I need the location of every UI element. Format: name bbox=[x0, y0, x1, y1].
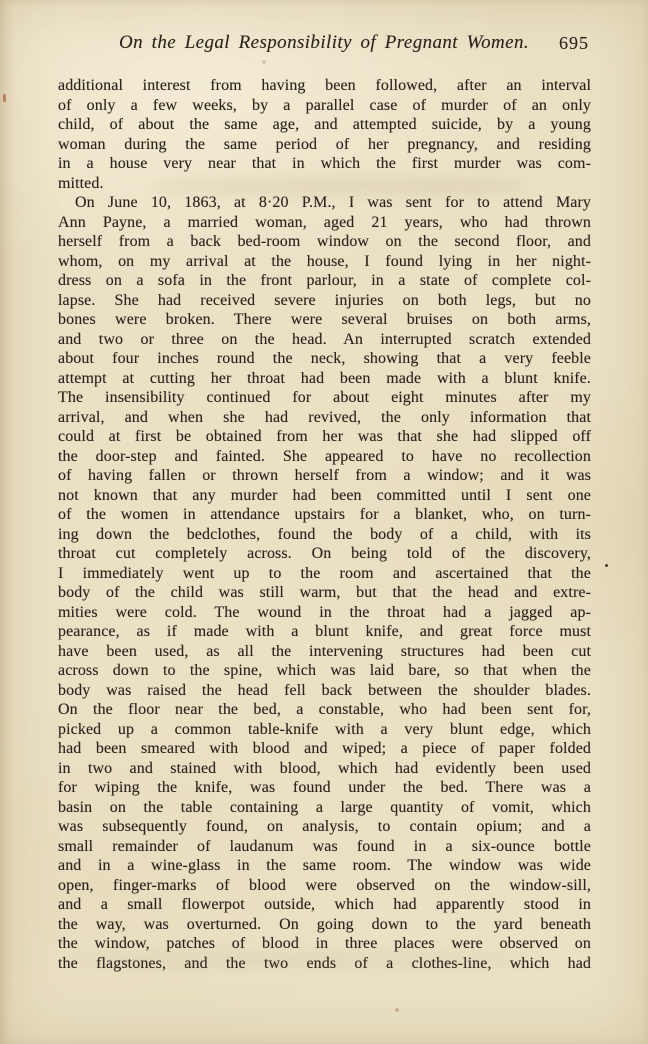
text-line: for wiping the knife, was found under th… bbox=[58, 778, 591, 798]
text-line: child, of about the same age, and attemp… bbox=[58, 115, 591, 135]
text-line: and two or three on the head. An interru… bbox=[58, 330, 591, 350]
text-line: woman during the same period of her preg… bbox=[58, 135, 591, 155]
page-edge-shadow bbox=[0, 0, 14, 1044]
text-line: mitted. bbox=[58, 174, 591, 194]
page-body: additional interest from having been fol… bbox=[58, 76, 591, 973]
text-line: of only a few weeks, by a parallel case … bbox=[58, 96, 591, 116]
running-head: On the Legal Responsibility of Pregnant … bbox=[57, 30, 591, 56]
text-line: throat cut completely across. On being t… bbox=[58, 544, 591, 564]
text-line: The insensibility continued for about ei… bbox=[58, 388, 591, 408]
text-line: Ann Payne, a married woman, aged 21 year… bbox=[58, 213, 591, 233]
text-line: have been used, as all the intervening s… bbox=[58, 642, 591, 662]
paragraph: additional interest from having been fol… bbox=[58, 76, 591, 193]
text-line: basin on the table containing a large qu… bbox=[58, 798, 591, 818]
running-head-title: On the Legal Responsibility of Pregnant … bbox=[119, 32, 529, 53]
text-line: On June 10, 1863, at 8·20 P.M., I was se… bbox=[58, 193, 591, 213]
text-line: the flagstones, and the two ends of a cl… bbox=[58, 954, 591, 974]
text-line: was subsequently found, on analysis, to … bbox=[58, 817, 591, 837]
text-line: of having fallen or thrown herself from … bbox=[58, 466, 591, 486]
paper-speck bbox=[3, 94, 6, 102]
text-line: lapse. She had received severe injuries … bbox=[58, 291, 591, 311]
text-line: picked up a common table-knife with a ve… bbox=[58, 720, 591, 740]
text-line: bones were broken. There were several br… bbox=[58, 310, 591, 330]
text-line: pearance, as if made with a blunt knife,… bbox=[58, 622, 591, 642]
text-line: herself from a back bed-room window on t… bbox=[58, 232, 591, 252]
text-line: the way, was overturned. On going down t… bbox=[58, 915, 591, 935]
text-line: whom, on my arrival at the house, I foun… bbox=[58, 252, 591, 272]
text-line: across down to the spine, which was laid… bbox=[58, 661, 591, 681]
text-line: the window, patches of blood in three pl… bbox=[58, 934, 591, 954]
text-line: and a small flowerpot outside, which had… bbox=[58, 895, 591, 915]
text-line: mities were cold. The wound in the throa… bbox=[58, 603, 591, 623]
text-line: body of the child was still warm, but th… bbox=[58, 583, 591, 603]
paragraph: On June 10, 1863, at 8·20 P.M., I was se… bbox=[58, 193, 591, 973]
text-line: and in a wine-glass in the same room. Th… bbox=[58, 856, 591, 876]
text-line: additional interest from having been fol… bbox=[58, 76, 591, 96]
text-line: in a house very near that in which the f… bbox=[58, 154, 591, 174]
text-line: ing down the bedclothes, found the body … bbox=[58, 525, 591, 545]
text-line: arrival, and when she had revived, the o… bbox=[58, 408, 591, 428]
text-line: dress on a sofa in the front parlour, in… bbox=[58, 271, 591, 291]
text-line: I immediately went up to the room and as… bbox=[58, 564, 591, 584]
text-line: of the women in attendance upstairs for … bbox=[58, 505, 591, 525]
page-number: 695 bbox=[559, 30, 589, 56]
text-line: small remainder of laudanum was found in… bbox=[58, 837, 591, 857]
text-line: On the floor near the bed, a constable, … bbox=[58, 700, 591, 720]
text-line: had been smeared with blood and wiped; a… bbox=[58, 739, 591, 759]
paper-speck bbox=[262, 60, 266, 64]
text-line: in two and stained with blood, which had… bbox=[58, 759, 591, 779]
text-line: open, finger-marks of blood were observe… bbox=[58, 876, 591, 896]
text-line: attempt at cutting her throat had been m… bbox=[58, 369, 591, 389]
book-page: On the Legal Responsibility of Pregnant … bbox=[0, 0, 648, 1044]
text-line: about four inches round the neck, showin… bbox=[58, 349, 591, 369]
paper-speck bbox=[605, 564, 608, 567]
text-line: could at first be obtained from her was … bbox=[58, 427, 591, 447]
text-line: not known that any murder had been commi… bbox=[58, 486, 591, 506]
text-line: the door-step and fainted. She appeared … bbox=[58, 447, 591, 467]
text-line: body was raised the head fell back betwe… bbox=[58, 681, 591, 701]
paper-speck bbox=[395, 1008, 399, 1012]
